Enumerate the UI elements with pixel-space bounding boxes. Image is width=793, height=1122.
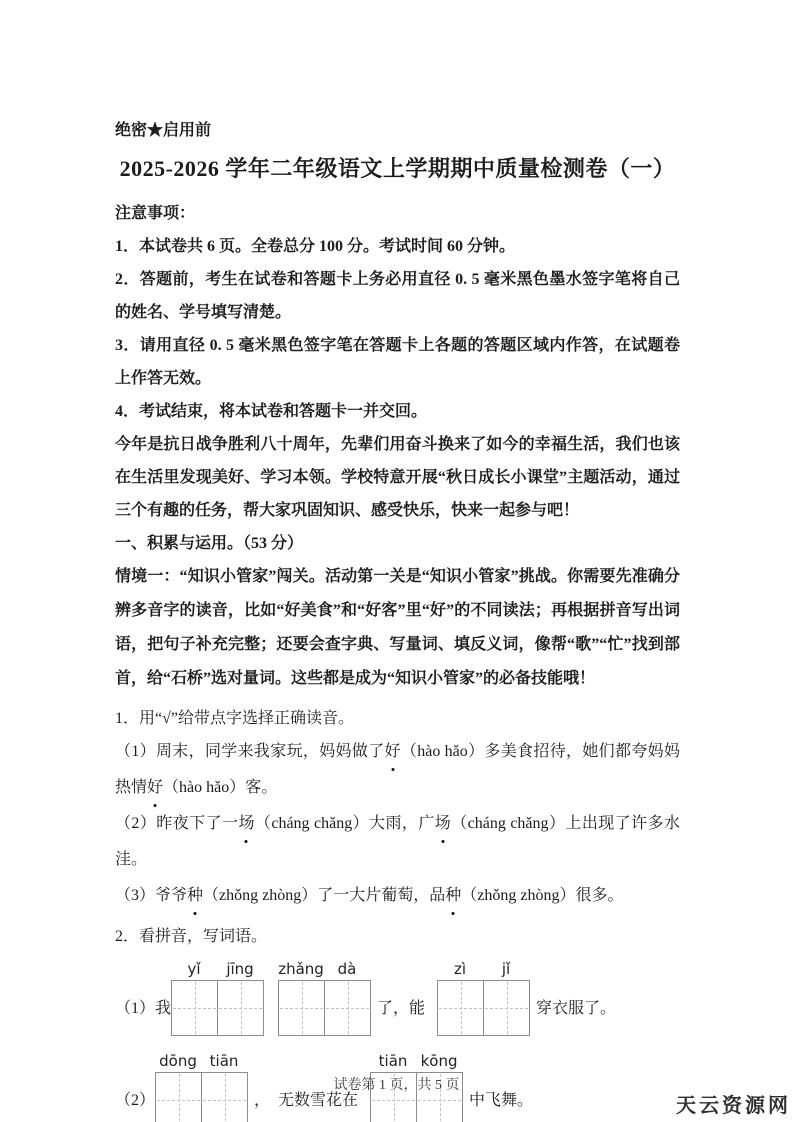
dotted-character: 好 <box>385 734 401 770</box>
notice-item-4: 4．考试结束，将本试卷和答题卡一并交回。 <box>115 395 680 428</box>
question-1-items: （1）周末，同学来我家玩，妈妈做了好（hào hǎo）多美食招待，她们都夸妈妈热… <box>115 734 680 914</box>
writing-cell <box>437 980 484 1036</box>
grid-cells <box>437 980 530 1036</box>
site-watermark: 天云资源网 <box>676 1089 791 1118</box>
exam-paper-page: 绝密★启用前 2025-2026 学年二年级语文上学期期中质量检测卷（一） 注意… <box>0 0 793 1122</box>
section-1-heading: 一、积累与运用。（53 分） <box>115 527 680 560</box>
grid-cells <box>171 980 264 1036</box>
writing-cell <box>171 980 218 1036</box>
pinyin-label: dōng <box>155 1052 201 1070</box>
dotted-character: 种 <box>187 878 203 914</box>
pinyin-label-row: tiānkōng <box>370 1052 463 1070</box>
question-1-stem: 1．用“√”给带点字选择正确读音。 <box>115 704 680 734</box>
pinyin-label: yǐ <box>171 960 217 978</box>
q2-sentence-text: （2） <box>115 1090 155 1122</box>
pinyin-label: zì <box>437 960 483 978</box>
page-number-footer: 试卷第 1 页，共 5 页 <box>0 1074 793 1094</box>
pinyin-label-row: zìjǐ <box>437 960 530 978</box>
pinyin-label-row: yǐjīng <box>171 960 264 978</box>
secrecy-label: 绝密★启用前 <box>115 120 680 142</box>
grid-cells <box>278 980 371 1036</box>
q2-sentence-text: 中飞舞。 <box>463 1090 545 1122</box>
q1-item-1: （1）周末，同学来我家玩，妈妈做了好（hào hǎo）多美食招待，她们都夸妈妈热… <box>115 734 680 806</box>
pinyin-label: tiān <box>370 1052 416 1070</box>
question-2-stem: 2．看拼音，写词语。 <box>115 922 680 952</box>
dotted-character: 场 <box>238 806 254 842</box>
scenario-1-paragraph: 情境一：“知识小管家”闯关。活动第一关是“知识小管家”挑战。你需要先准确分辨多音… <box>115 560 680 696</box>
question-2-rows: （1）我yǐjīngzhǎngdà了，能zìjǐ穿衣服了。（2）dōngtiān… <box>115 960 680 1122</box>
intro-paragraph: 今年是抗日战争胜利八十周年，先辈们用奋斗换来了如今的幸福生活，我们也该在生活里发… <box>115 428 680 527</box>
writing-cell <box>324 980 371 1036</box>
q2-row-1: （1）我yǐjīngzhǎngdà了，能zìjǐ穿衣服了。 <box>115 960 680 1036</box>
q1-item-2: （2）昨夜下了一场（cháng chǎng）大雨，广场（cháng chǎng）… <box>115 806 680 878</box>
pinyin-label: kōng <box>416 1052 462 1070</box>
dotted-character: 好 <box>147 770 163 806</box>
pinyin-label-row: dōngtiān <box>155 1052 248 1070</box>
notice-item-2: 2．答题前，考生在试卷和答题卡上务必用直径 0. 5 毫米黑色墨水签字笔将自己的… <box>115 263 680 329</box>
pinyin-label: zhǎng <box>278 960 324 978</box>
notice-item-1: 1．本试卷共 6 页。全卷总分 100 分。考试时间 60 分钟。 <box>115 230 680 263</box>
writing-cell <box>483 980 530 1036</box>
writing-cell <box>217 980 264 1036</box>
q2-sentence-text: 穿衣服了。 <box>530 998 628 1036</box>
writing-grid-yǐ-jīng: yǐjīng <box>171 960 264 1036</box>
q2-sentence-text: 了，能 <box>371 998 437 1036</box>
notice-heading: 注意事项： <box>115 198 680 230</box>
pinyin-label-row: zhǎngdà <box>278 960 371 978</box>
notice-item-3: 3．请用直径 0. 5 毫米黑色签字笔在答题卡上各题的答题区域内作答，在试题卷上… <box>115 329 680 395</box>
writing-cell <box>278 980 325 1036</box>
pinyin-label: jǐ <box>483 960 529 978</box>
q2-sentence-text: ， 无数雪花在 <box>248 1090 370 1122</box>
writing-grid-zì-jǐ: zìjǐ <box>437 960 530 1036</box>
q1-item-3: （3）爷爷种（zhǒng zhòng）了一大片葡萄，品种（zhǒng zhòng… <box>115 878 680 914</box>
pinyin-label: dà <box>324 960 370 978</box>
dotted-character: 场 <box>435 806 451 842</box>
dotted-character: 种 <box>445 878 461 914</box>
page-title: 2025-2026 学年二年级语文上学期期中质量检测卷（一） <box>115 154 680 184</box>
pinyin-label: jīng <box>217 960 263 978</box>
pinyin-label: tiān <box>201 1052 247 1070</box>
writing-grid-zhǎng-dà: zhǎngdà <box>278 960 371 1036</box>
q2-sentence-text: （1）我 <box>115 998 171 1036</box>
